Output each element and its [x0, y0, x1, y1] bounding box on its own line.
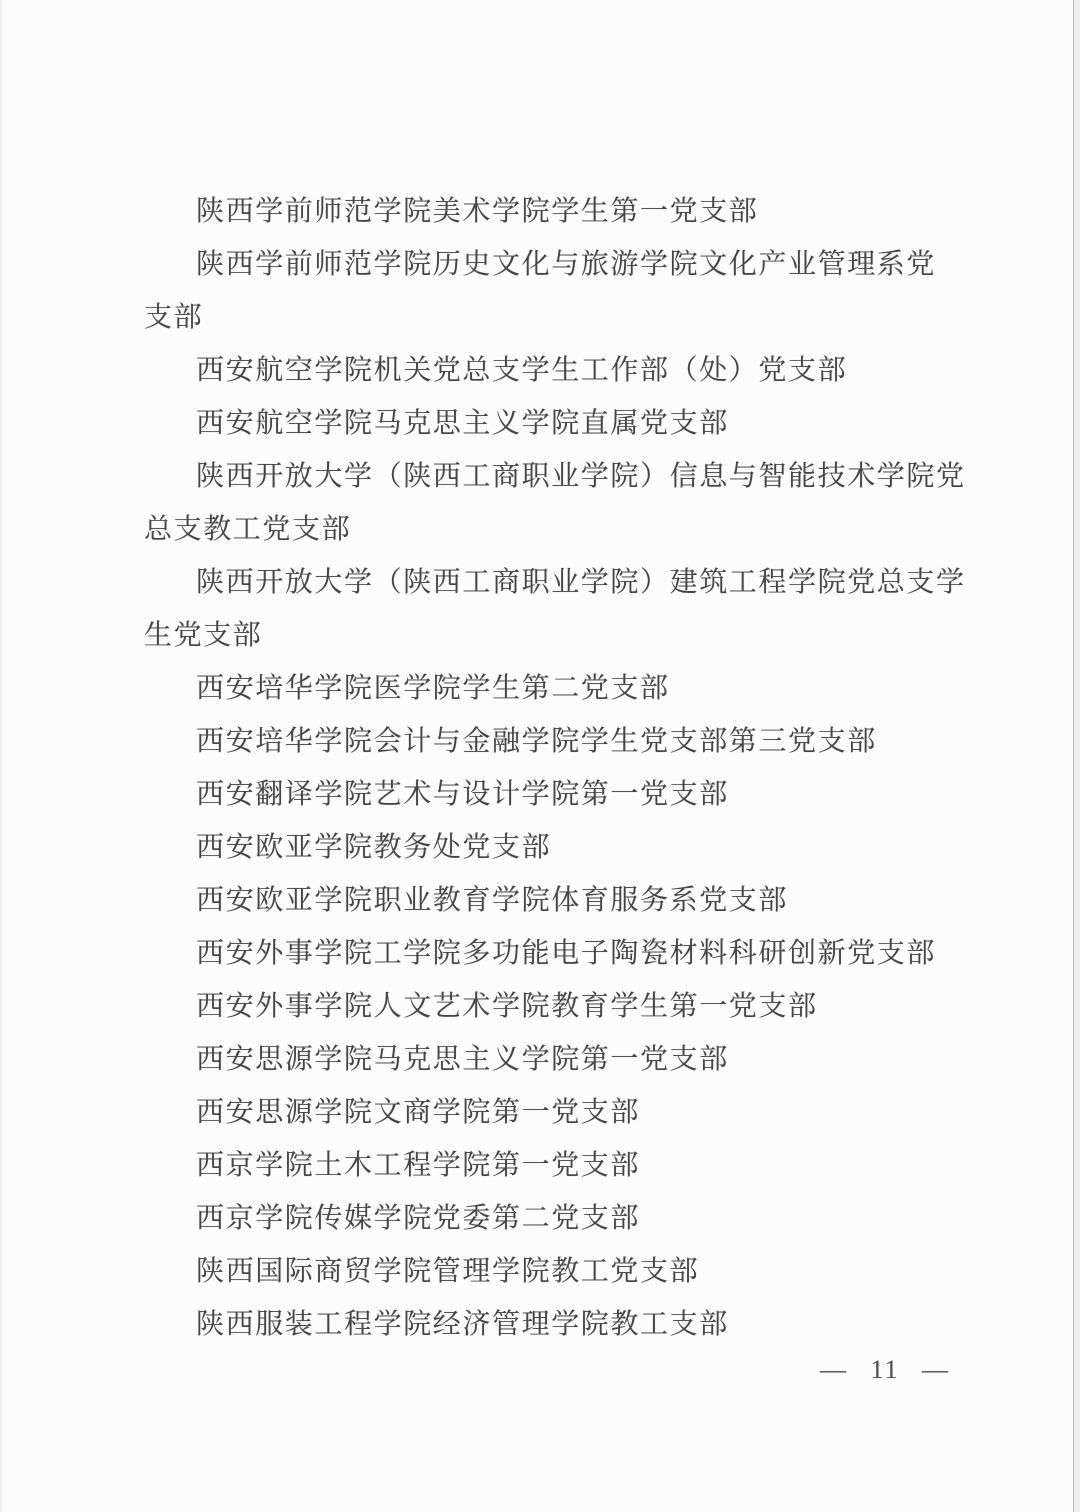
page-right-edge-shadow	[1073, 0, 1080, 1512]
branch-name-line: 西安翻译学院艺术与设计学院第一党支部	[144, 768, 964, 821]
branch-name-line: 西安外事学院人文艺术学院教育学生第一党支部	[144, 980, 964, 1033]
branch-name-line: 西安航空学院机关党总支学生工作部（处）党支部	[144, 344, 964, 397]
branch-name-line: 西安培华学院会计与金融学院学生党支部第三党支部	[144, 715, 964, 768]
branch-name-line: 陕西学前师范学院美术学院学生第一党支部	[144, 185, 964, 238]
branch-name-line: 陕西学前师范学院历史文化与旅游学院文化产业管理系党	[144, 238, 964, 291]
page-left-edge	[0, 0, 2, 1512]
branch-name-line: 西京学院传媒学院党委第二党支部	[144, 1192, 964, 1245]
branch-name-line: 陕西开放大学（陕西工商职业学院）信息与智能技术学院党	[144, 450, 964, 503]
branch-list: 陕西学前师范学院美术学院学生第一党支部陕西学前师范学院历史文化与旅游学院文化产业…	[144, 185, 964, 1351]
branch-name-line: 陕西开放大学（陕西工商职业学院）建筑工程学院党总支学	[144, 556, 964, 609]
branch-name-continuation: 总支教工党支部	[144, 503, 964, 556]
branch-name-line: 西安思源学院文商学院第一党支部	[144, 1086, 964, 1139]
branch-name-line: 西安航空学院马克思主义学院直属党支部	[144, 397, 964, 450]
page-number: — 11 —	[820, 1348, 950, 1392]
branch-name-line: 西安思源学院马克思主义学院第一党支部	[144, 1033, 964, 1086]
branch-name-line: 陕西服装工程学院经济管理学院教工支部	[144, 1298, 964, 1351]
branch-name-line: 西安培华学院医学院学生第二党支部	[144, 662, 964, 715]
branch-name-continuation: 支部	[144, 291, 964, 344]
document-page: 陕西学前师范学院美术学院学生第一党支部陕西学前师范学院历史文化与旅游学院文化产业…	[0, 0, 1080, 1512]
branch-name-line: 西京学院土木工程学院第一党支部	[144, 1139, 964, 1192]
branch-name-line: 西安外事学院工学院多功能电子陶瓷材料科研创新党支部	[144, 927, 964, 980]
branch-name-line: 西安欧亚学院教务处党支部	[144, 821, 964, 874]
branch-name-line: 西安欧亚学院职业教育学院体育服务系党支部	[144, 874, 964, 927]
branch-name-line: 陕西国际商贸学院管理学院教工党支部	[144, 1245, 964, 1298]
branch-name-continuation: 生党支部	[144, 609, 964, 662]
